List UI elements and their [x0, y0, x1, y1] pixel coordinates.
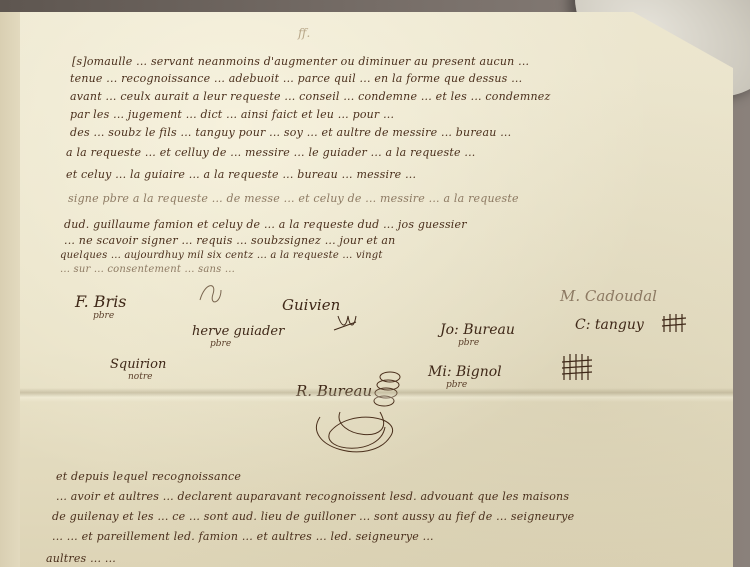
text-line: aultres ... ...: [46, 552, 116, 565]
signature-name: Jo: Bureau: [440, 322, 515, 338]
manuscript-page: ff. [s]omaulle ... servant neanmoins d'a…: [20, 12, 733, 567]
signature: F. Bris pbre: [75, 292, 127, 321]
folio-mark: ff.: [298, 26, 310, 40]
paraph-icon: [195, 280, 225, 310]
text-line: tenue ... recognoissance ... adebuoit ..…: [70, 72, 522, 85]
text-line: a la requeste ... et celluy de ... messi…: [66, 146, 475, 159]
signature-name: herve guiader: [192, 324, 284, 339]
page-fold-crease: [20, 388, 733, 402]
signature-name: M. Cadoudal: [560, 287, 657, 305]
text-line: ... ne scavoir signer ... requis ... sou…: [64, 234, 395, 247]
text-line: ... avoir et aultres ... declarent aupar…: [56, 490, 569, 503]
signature-name: Squirion: [110, 357, 166, 372]
paraph-icon: [332, 312, 358, 334]
text-line: ... sur ... consentement ... sans ...: [60, 264, 235, 275]
signature: herve guiader pbre: [192, 324, 284, 349]
text-line: des ... soubz le fils ... tanguy pour ..…: [70, 126, 511, 139]
signature-title: pbre: [210, 339, 284, 349]
text-line: et depuis lequel recognoissance: [56, 470, 241, 483]
text-line: quelques ... aujourdhuy mil six centz ..…: [60, 250, 383, 261]
text-line: avant ... ceulx aurait a leur requeste .…: [70, 90, 550, 103]
signature: M. Cadoudal: [560, 287, 657, 305]
signature-name: C: tanguy: [575, 317, 644, 333]
grid-paraph-icon: [660, 312, 696, 336]
signature-title: pbre: [458, 338, 515, 348]
text-line: dud. guillaume famion et celuy de ... a …: [64, 218, 467, 231]
text-line: et celuy ... la guiaire ... a la request…: [66, 168, 416, 181]
signature-name: Mi: Bignol: [428, 364, 502, 380]
signature-title: notre: [128, 372, 166, 382]
signature: Jo: Bureau pbre: [440, 322, 515, 348]
flourish-paraph-icon: [290, 367, 420, 467]
text-line: [s]omaulle ... servant neanmoins d'augme…: [72, 55, 529, 68]
text-line: ... ... et pareillement led. famion ... …: [52, 530, 434, 543]
text-line: par les ... jugement ... dict ... ainsi …: [70, 108, 394, 121]
signature: C: tanguy: [575, 317, 644, 333]
signature-title: pbre: [93, 311, 127, 321]
grid-paraph-icon: [560, 352, 600, 386]
text-line: de guilenay et les ... ce ... sont aud. …: [52, 510, 574, 523]
signature-name: F. Bris: [75, 292, 127, 311]
signature: Squirion notre: [110, 357, 166, 382]
text-line: signe pbre a la requeste ... de messe ..…: [68, 192, 519, 205]
signature: Mi: Bignol pbre: [428, 364, 502, 390]
